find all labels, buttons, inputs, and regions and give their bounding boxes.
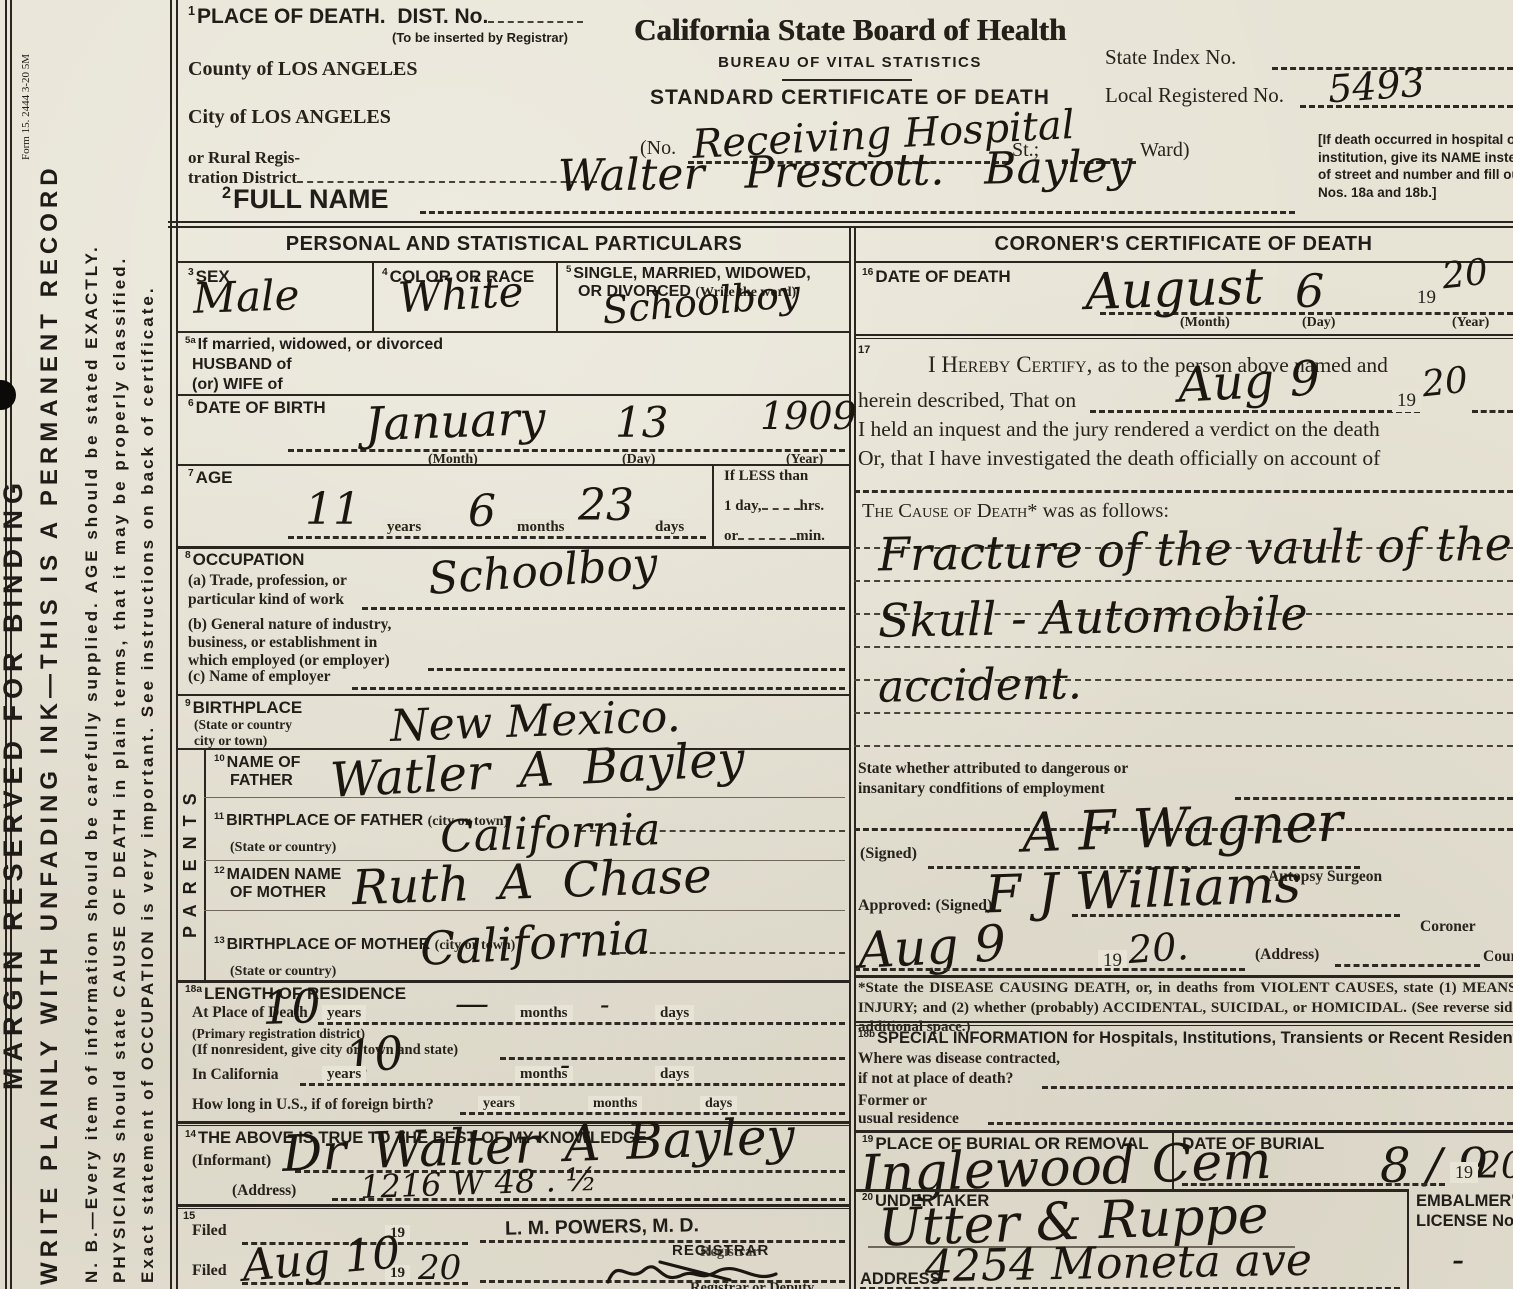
approved-label: Approved: (Signed) — [858, 897, 992, 915]
approved-date-rule — [854, 968, 1245, 971]
birthplace-sub1: (State or country — [194, 717, 292, 733]
occupation-a1: (a) Trade, profession, or — [188, 572, 347, 590]
margin-physicians-note: PHYSICIANS should state CAUSE OF DEATH i… — [110, 256, 130, 1283]
occupation-b1: (b) General nature of industry, — [188, 616, 391, 634]
approved-address-rule — [1335, 964, 1480, 967]
cause-line1-value: Fracture of the vault of the — [878, 516, 1513, 581]
undertaker-address-value: 4254 Moneta ave — [925, 1235, 1313, 1289]
special-rule2 — [988, 1122, 1513, 1125]
burial-year-value: 20 — [1478, 1146, 1513, 1187]
full-name-label: 2FULL NAME — [222, 184, 389, 215]
parents-divider — [204, 748, 206, 980]
date-of-death-day: 6 — [1295, 264, 1324, 318]
row-rule-occupation — [176, 694, 849, 696]
full-name-rule — [420, 211, 1295, 214]
row-rule-informant — [176, 1204, 849, 1207]
date-of-death-month: August — [1084, 257, 1264, 321]
right-section-title: CORONER'S CERTIFICATE OF DEATH — [854, 233, 1513, 256]
residence-nonresident-label: (If nonresident, give city or town and s… — [192, 1042, 458, 1059]
cause-line2-value: Skull - Automobile — [878, 586, 1309, 647]
date-of-burial-rule — [1182, 1183, 1445, 1186]
residence-row2-dash: - — [560, 1048, 570, 1083]
cause-line3-value: accident. — [878, 658, 1083, 713]
left-section-title: PERSONAL AND STATISTICAL PARTICULARS — [180, 233, 848, 256]
sex-race-divider — [372, 261, 374, 331]
dob-day-value: 13 — [615, 398, 668, 447]
dob-label: 6DATE OF BIRTH — [188, 398, 326, 418]
mother-name-label1: 12MAIDEN NAME — [214, 866, 341, 884]
birthplace-sub2: city or town) — [194, 733, 267, 749]
approved-year-value: 20. — [1127, 924, 1190, 972]
left-title-rule — [176, 261, 849, 263]
dob-year-sub: (Year) — [786, 452, 823, 468]
margin-nb-note: N. B.—Every item of information should b… — [82, 244, 102, 1283]
certify-line4: Or, that I have investigated the death o… — [858, 446, 1380, 471]
rural-line1: or Rural Regis- — [188, 148, 300, 168]
residence-row1-dash: — — [455, 984, 489, 1024]
age-less-label2: 1 day,hrs. — [724, 498, 824, 515]
father-name-label2: FATHER — [230, 772, 293, 790]
filed-label1: Filed — [192, 1222, 227, 1240]
residence-row3-months: months — [588, 1096, 642, 1112]
age-months-word: months — [512, 519, 570, 536]
filed-label2: Filed — [192, 1262, 227, 1280]
dod-year-sub: (Year) — [1452, 315, 1489, 331]
registrar-note: (To be inserted by Registrar) — [392, 30, 568, 45]
certify-date-rule — [1090, 410, 1420, 413]
age-months-value: 6 — [468, 486, 496, 537]
father-name-label1: 10NAME OF — [214, 754, 300, 772]
certify-year-value: 20 — [1420, 360, 1470, 406]
occupation-b2: business, or establishment in — [188, 634, 377, 652]
cause-rule-7 — [854, 745, 1513, 747]
special-top-rule2 — [854, 1025, 1513, 1026]
age-days-value: 23 — [578, 480, 634, 531]
date-of-death-label: 16DATE OF DEATH — [862, 267, 1011, 287]
ward-label: Ward) — [1140, 139, 1189, 162]
row-rule-dob — [176, 464, 849, 466]
deputy-print: Registrar or Deputy — [690, 1280, 814, 1289]
embalmer-label1: EMBALMER'S — [1416, 1192, 1513, 1211]
form-number: Form 15. 2444 3-20 5M — [20, 54, 32, 160]
city-line: City of LOS ANGELES — [188, 106, 391, 129]
special-line2: Where was disease contracted, — [858, 1050, 1060, 1068]
residence-row3-label: How long in U.S., if of foreign birth? — [192, 1096, 434, 1114]
death-certificate-scan: Form 15. 2444 3-20 5M MARGIN RESERVED FO… — [0, 0, 1513, 1289]
coroner-role: Coroner — [1420, 918, 1476, 936]
header-divider-inner — [168, 226, 1513, 228]
occupation-label: 8OCCUPATION — [185, 550, 304, 570]
signed-label: (Signed) — [860, 845, 917, 863]
father-row-rule — [204, 797, 845, 798]
filed-year-value: 20 — [418, 1248, 461, 1288]
informant-label: (Informant) — [192, 1152, 271, 1170]
age-less-label3: ormin. — [724, 528, 825, 545]
residence-nonresident-rule — [500, 1057, 845, 1060]
residence-row1-years: years — [322, 1005, 366, 1022]
birthplace-label: 9BIRTHPLACE — [185, 698, 302, 718]
binder-hole — [0, 380, 16, 410]
cause-rule-2 — [854, 580, 1513, 582]
county-line: County of LOS ANGELES — [188, 58, 418, 81]
certify-line3: I held an inquest and the jury rendered … — [858, 417, 1380, 442]
embalmer-license-value: - — [1452, 1240, 1464, 1281]
certify-line2: herein described, That on — [858, 388, 1076, 413]
residence-row2-years: years — [322, 1066, 366, 1083]
dod-bottom-rule2 — [854, 338, 1513, 339]
age-years-value: 11 — [305, 484, 361, 535]
embalmer-label2: LICENSE No. — [1416, 1212, 1513, 1231]
header-divider-outer — [168, 221, 1513, 223]
race-value: White — [397, 267, 525, 322]
cert-left-border-outer — [170, 0, 172, 1289]
column-divider-outer — [849, 226, 851, 1289]
special-info-label: 18bSPECIAL INFORMATION for Hospitals, In… — [858, 1029, 1513, 1048]
bureau-rule — [782, 79, 912, 81]
certify-date-rule2 — [1472, 410, 1513, 413]
special-top-rule — [854, 1021, 1513, 1023]
residence-row3-years: years — [478, 1096, 520, 1112]
age-box-divider — [712, 464, 714, 546]
occupation-b-rule — [428, 668, 845, 671]
occupation-a-rule — [362, 607, 845, 610]
occupation-a2: particular kind of work — [188, 591, 344, 609]
hospital-instruction-note: [If death occurred in hospital or instit… — [1318, 131, 1513, 201]
dob-month-sub: (Month) — [428, 452, 478, 468]
local-registered-number: 5493 — [1327, 61, 1427, 112]
informant-address-label: (Address) — [232, 1182, 296, 1200]
age-years-word: years — [382, 519, 426, 536]
employment-line2: insanitary condfitions of employment — [858, 780, 1105, 798]
margin-permanent-note: WRITE PLAINLY WITH UNFADING INK—THIS IS … — [36, 163, 64, 1285]
certify-date-value: Aug 9 — [1177, 350, 1322, 413]
county-cut-label: Count — [1483, 948, 1513, 966]
residence-row1-days: days — [655, 1005, 694, 1022]
mother-name-value: Ruth A Chase — [351, 848, 712, 917]
residence-row2-days: days — [655, 1066, 694, 1083]
row-rule-informant2 — [176, 1208, 849, 1209]
residence-row2-rule — [300, 1083, 845, 1086]
footnote-top-rule — [854, 975, 1513, 978]
full-name-handwriting: Walter Prescott. Bayley — [558, 141, 1133, 202]
age-label: 7AGE — [188, 468, 233, 488]
dob-month-value: January — [364, 391, 546, 451]
husband-label-line1: 5aIf married, widowed, or divorced — [185, 336, 443, 354]
age-days-word: days — [650, 519, 689, 536]
cause-rule-6 — [854, 712, 1513, 714]
age-less-label1: If LESS than — [724, 468, 808, 485]
coroner-signature: F J Williams — [984, 855, 1302, 926]
dod-month-sub: (Month) — [1180, 315, 1230, 331]
margin-binding-note: MARGIN RESERVED FOR BINDING — [0, 477, 29, 1090]
bureau-subtitle: BUREAU OF VITAL STATISTICS — [590, 54, 1110, 71]
certify-year-print: 19 — [1392, 390, 1421, 412]
filed-section-number: 15 — [183, 1210, 195, 1222]
race-marital-divider — [556, 261, 558, 331]
special-line5: usual residence — [858, 1110, 959, 1128]
state-index-label: State Index No. — [1105, 45, 1236, 70]
place-of-death-label: 1PLACE OF DEATH. DIST. No. — [188, 5, 583, 29]
residence-row2-label: In California — [192, 1066, 279, 1084]
residence-row1-dash2: - — [600, 988, 609, 1021]
special-rule1 — [1042, 1086, 1513, 1089]
local-registered-label: Local Registered No. — [1105, 83, 1284, 108]
residence-primary-sub: (Primary registration district) — [192, 1026, 365, 1042]
mother-birthplace-value: California — [419, 910, 652, 976]
margin-occupation-note: Exact statement of OCCUPATION is very im… — [138, 285, 158, 1283]
occupation-c-rule — [352, 687, 845, 690]
mother-birthplace-sub: (State or country) — [230, 964, 336, 980]
registrar-rule — [480, 1240, 845, 1243]
mother-name-label2: OF MOTHER — [230, 884, 326, 902]
row-rule-sex — [176, 331, 849, 333]
father-birthplace-sub: (State or country) — [230, 840, 336, 856]
embalmer-box-divider — [1407, 1189, 1409, 1289]
cause-top-rule — [854, 490, 1513, 493]
burial-year-print: 19 — [1450, 1162, 1478, 1183]
approved-address-label: (Address) — [1255, 946, 1319, 964]
occupation-c: (c) Name of employer — [188, 668, 330, 686]
employment-line1: State whether attributed to dangerous or — [858, 760, 1128, 778]
cert-left-border-inner — [176, 0, 178, 1289]
burial-top-rule — [854, 1130, 1513, 1133]
dob-year-value: 1909 — [760, 394, 857, 438]
residence-row1-months: months — [515, 1005, 573, 1022]
dob-day-sub: (Day) — [622, 452, 655, 468]
dod-day-sub: (Day) — [1302, 315, 1335, 331]
filed-date-value: Aug 10 — [240, 1227, 402, 1289]
husband-label-line2: HUSBAND of — [192, 356, 292, 374]
dod-bottom-rule — [854, 334, 1513, 336]
date-of-death-year-print: 19 — [1412, 287, 1441, 309]
special-line3: if not at place of death? — [858, 1070, 1013, 1088]
autopsy-surgeon-signature: A F Wagner — [1021, 790, 1344, 864]
certify-section-number: 17 — [858, 344, 870, 356]
mother-row-rule — [204, 910, 845, 911]
registrar-name-stamp: L. M. POWERS, M. D. — [505, 1214, 699, 1240]
parents-group-label: PARENTS — [180, 783, 201, 938]
cause-of-death-label: The Cause of Death* was as follows: — [862, 500, 1169, 523]
husband-label-line3: (or) WIFE of — [192, 376, 283, 394]
sex-value: Male — [192, 270, 300, 323]
board-title: California State Board of Health — [590, 12, 1110, 48]
special-line4: Former or — [858, 1092, 927, 1110]
date-of-death-year-value: 20 — [1440, 252, 1490, 298]
